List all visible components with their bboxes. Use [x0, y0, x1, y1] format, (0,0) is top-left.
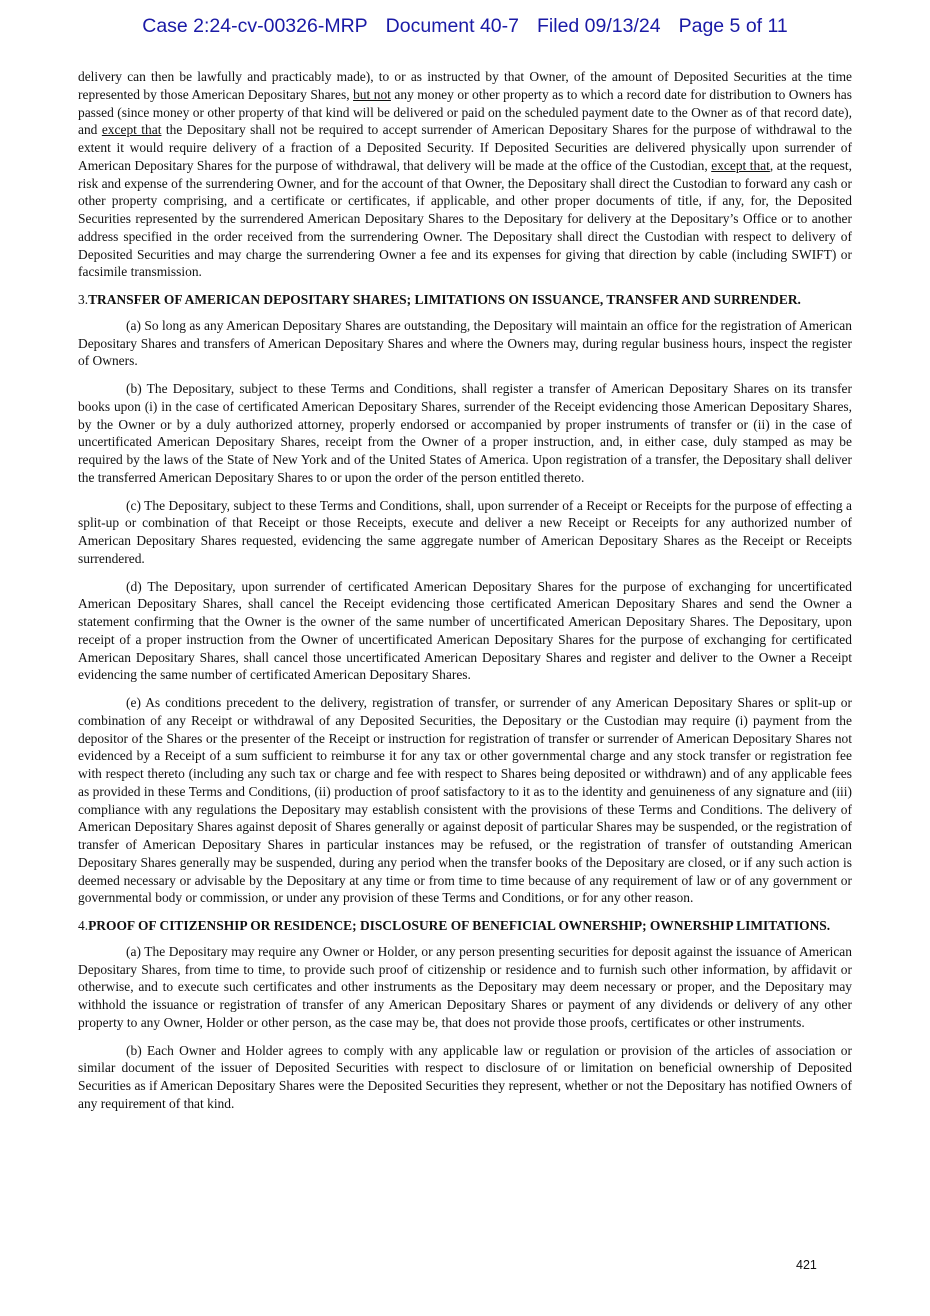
case-number: Case 2:24-cv-00326-MRP: [142, 15, 367, 37]
section-4-paragraph-a: (a) The Depositary may require any Owner…: [78, 943, 852, 1032]
section-4-paragraph-b: (b) Each Owner and Holder agrees to comp…: [78, 1042, 852, 1113]
section-3-paragraph-a: (a) So long as any American Depositary S…: [78, 317, 852, 370]
section-4-heading: 4.PROOF OF CITIZENSHIP OR RESIDENCE; DIS…: [78, 917, 852, 935]
underlined-phrase: except that: [711, 158, 770, 173]
filed-date: Filed 09/13/24: [537, 15, 661, 37]
section-number: 3.: [78, 292, 88, 307]
section-3-paragraph-d: (d) The Depositary, upon surrender of ce…: [78, 578, 852, 685]
underlined-phrase: except that: [102, 122, 162, 137]
section-number: 4.: [78, 918, 88, 933]
section-title: PROOF OF CITIZENSHIP OR RESIDENCE; DISCL…: [88, 918, 830, 933]
case-header: Case 2:24-cv-00326-MRPDocument 40-7Filed…: [0, 15, 930, 38]
underlined-phrase: but not: [353, 87, 391, 102]
section-3-paragraph-c: (c) The Depositary, subject to these Ter…: [78, 497, 852, 568]
document-body: delivery can then be lawfully and practi…: [78, 68, 852, 1123]
page-indicator: Page 5 of 11: [679, 15, 788, 37]
section-3-heading: 3.TRANSFER OF AMERICAN DEPOSITARY SHARES…: [78, 291, 852, 309]
document-number: Document 40-7: [386, 15, 519, 37]
section-3-paragraph-e: (e) As conditions precedent to the deliv…: [78, 694, 852, 907]
section-title: TRANSFER OF AMERICAN DEPOSITARY SHARES; …: [88, 292, 801, 307]
continuation-paragraph: delivery can then be lawfully and practi…: [78, 68, 852, 281]
section-3-paragraph-b: (b) The Depositary, subject to these Ter…: [78, 380, 852, 487]
page-number: 421: [796, 1258, 817, 1272]
